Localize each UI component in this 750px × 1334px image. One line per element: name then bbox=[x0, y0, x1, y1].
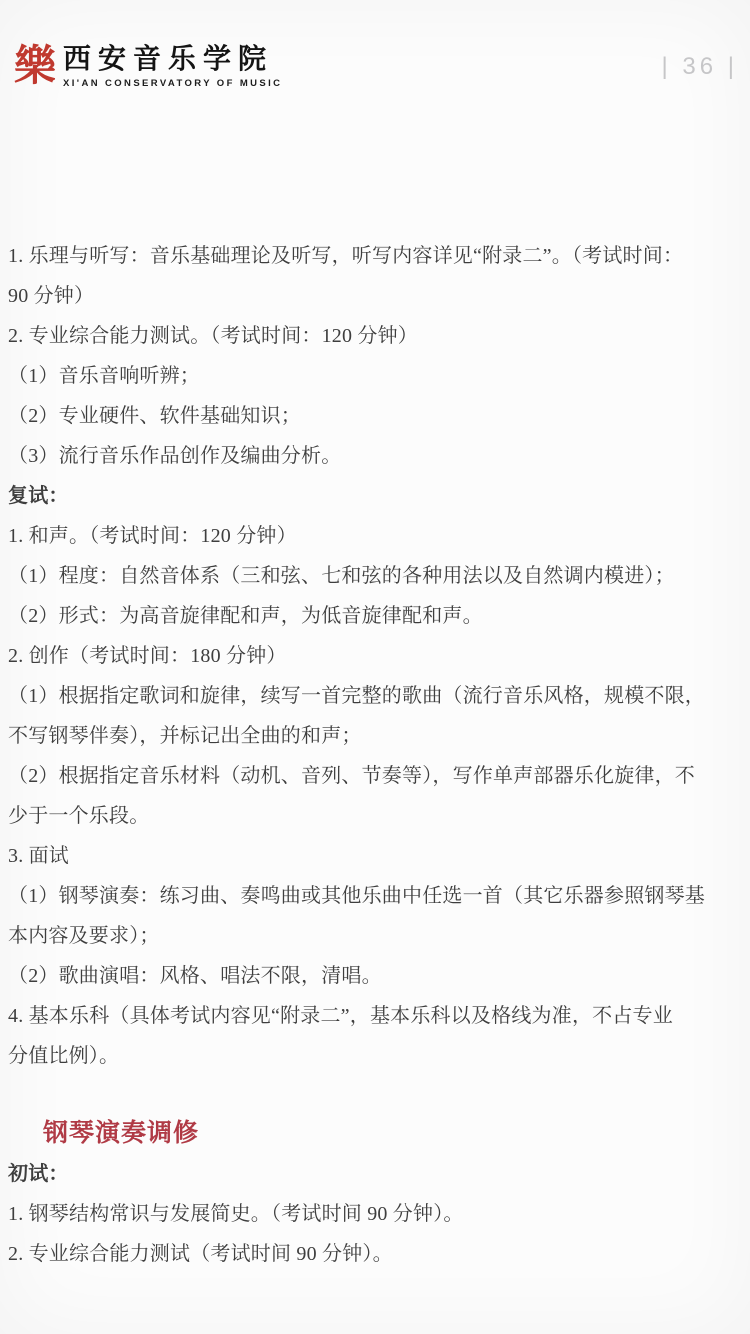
body-line: 3. 面试 bbox=[8, 836, 746, 876]
body-line: 1. 乐理与听写：音乐基础理论及听写，听写内容详见“附录二”。（考试时间： bbox=[8, 236, 746, 276]
body-line: 1. 钢琴结构常识与发展简史。（考试时间 90 分钟）。 bbox=[8, 1194, 746, 1234]
body-line: 本内容及要求）； bbox=[8, 916, 746, 956]
page-number: | 36 | bbox=[662, 53, 739, 81]
document-page: 樂 西安音乐学院 XI'AN CONSERVATORY OF MUSIC | 3… bbox=[0, 0, 750, 1334]
body-line: （1）程度：自然音体系（三和弦、七和弦的各种用法以及自然调内模进）； bbox=[8, 556, 746, 596]
body-line: 90 分钟） bbox=[8, 276, 746, 316]
school-logo: 樂 西安音乐学院 XI'AN CONSERVATORY OF MUSIC bbox=[14, 42, 282, 90]
body-line: （2）专业硬件、软件基础知识； bbox=[8, 396, 746, 436]
body-line: 4. 基本乐科（具体考试内容见“附录二”，基本乐科以及格线为准，不占专业 bbox=[8, 996, 746, 1036]
seal-icon: 樂 bbox=[14, 42, 56, 90]
body-line: （2）形式：为高音旋律配和声，为低音旋律配和声。 bbox=[8, 596, 746, 636]
body-line: （2）根据指定音乐材料（动机、音列、节奏等），写作单声部器乐化旋律，不 bbox=[8, 756, 746, 796]
body-line: 2. 专业综合能力测试。（考试时间：120 分钟） bbox=[8, 316, 746, 356]
body-line: （1）根据指定歌词和旋律，续写一首完整的歌曲（流行音乐风格，规模不限， bbox=[8, 676, 746, 716]
body-line: （3）流行音乐作品创作及编曲分析。 bbox=[8, 436, 746, 476]
school-name-en: XI'AN CONSERVATORY OF MUSIC bbox=[63, 78, 282, 89]
body-line: 少于一个乐段。 bbox=[8, 796, 746, 836]
body-line: （1）钢琴演奏：练习曲、奏鸣曲或其他乐曲中任选一首（其它乐器参照钢琴基 bbox=[8, 876, 746, 916]
body-line: （1）音乐音响听辨； bbox=[8, 356, 746, 396]
body-line: 2. 专业综合能力测试（考试时间 90 分钟）。 bbox=[8, 1234, 746, 1274]
section-heading-piano-tuning: 钢琴演奏调修 bbox=[43, 1112, 746, 1154]
body-line: 分值比例）。 bbox=[8, 1036, 746, 1076]
body-line: 1. 和声。（考试时间：120 分钟） bbox=[8, 516, 746, 556]
body-line: 2. 创作（考试时间：180 分钟） bbox=[8, 636, 746, 676]
body-line: （2）歌曲演唱：风格、唱法不限，清唱。 bbox=[8, 956, 746, 996]
document-body: 1. 乐理与听写：音乐基础理论及听写，听写内容详见“附录二”。（考试时间： 90… bbox=[8, 236, 746, 1274]
logo-text: 西安音乐学院 XI'AN CONSERVATORY OF MUSIC bbox=[63, 42, 282, 89]
subheading-first-test: 初试： bbox=[8, 1154, 746, 1194]
subheading-retest: 复试： bbox=[8, 476, 746, 516]
school-name-cn: 西安音乐学院 bbox=[63, 45, 282, 75]
body-line: 不写钢琴伴奏），并标记出全曲的和声； bbox=[8, 716, 746, 756]
